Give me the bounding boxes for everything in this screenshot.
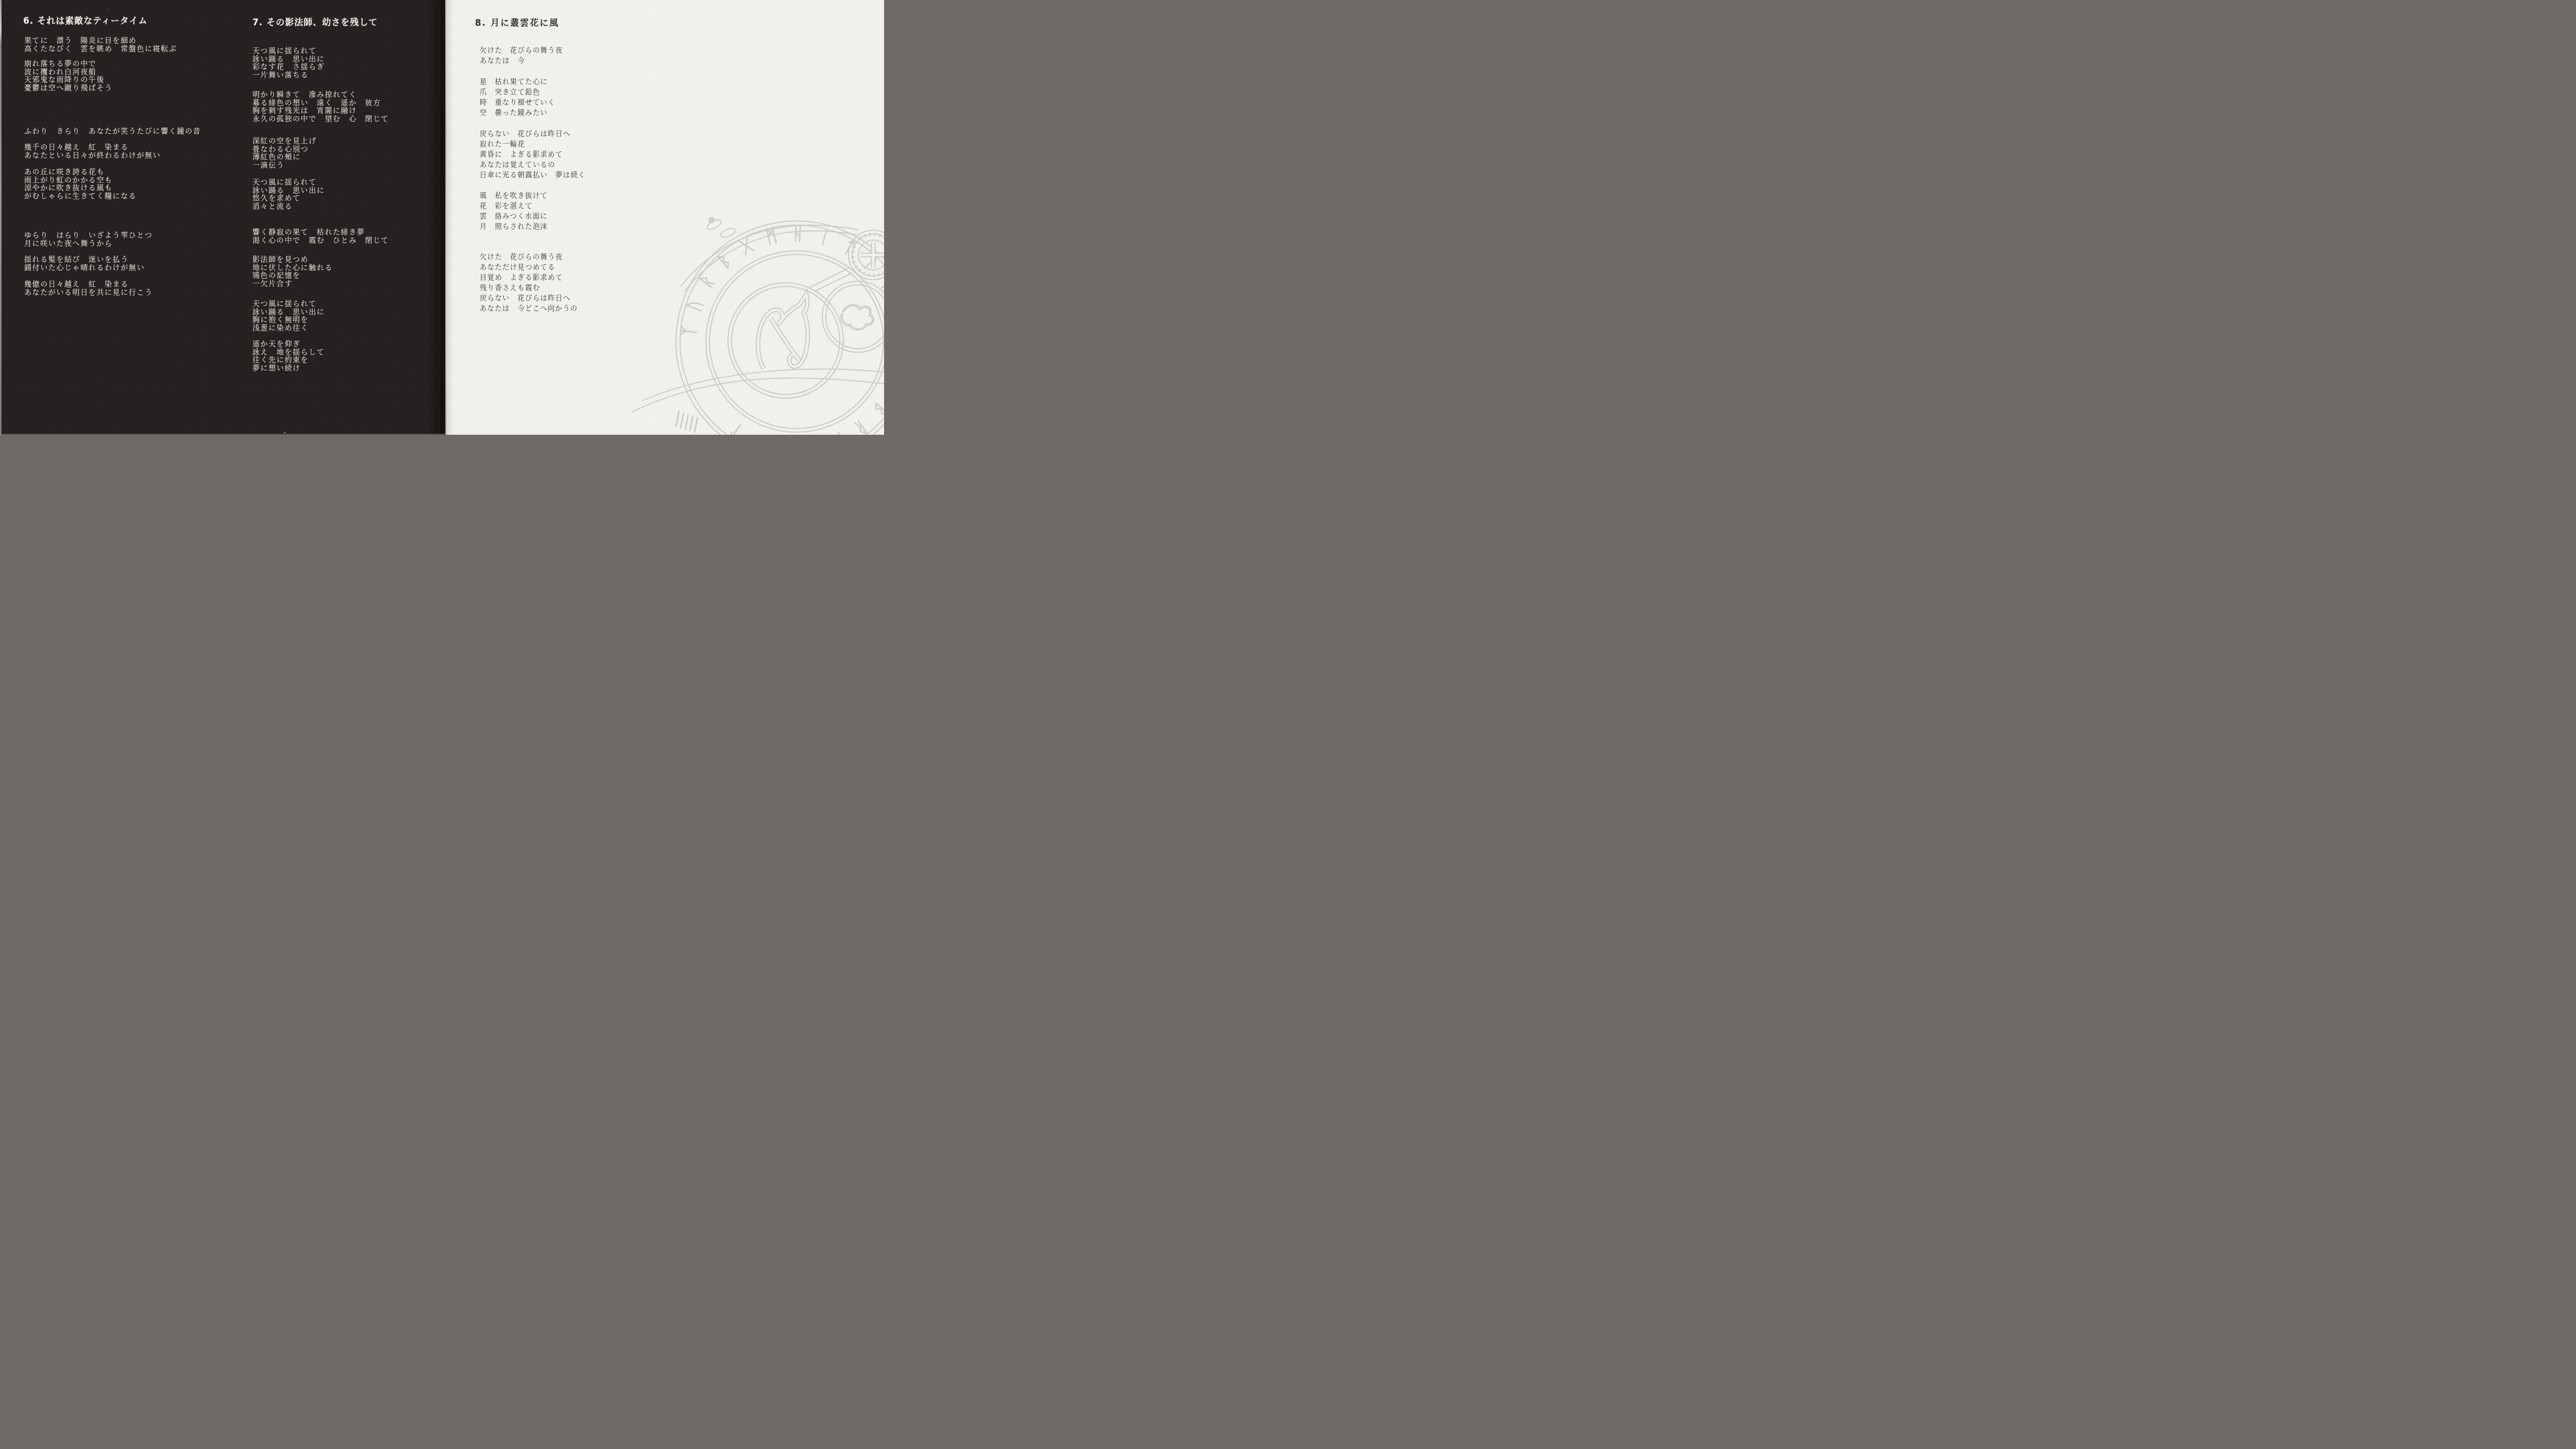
song-7-stanza-4: 天つ風に揺られて 詠い踊る 思い出に 悠久を求めて 滔々と流る — [252, 179, 325, 211]
spine-shadow — [429, 0, 446, 435]
song-6-stanza-3: ふわり きらり あなたが笑うたびに響く鐘の音 — [24, 128, 201, 136]
emblem-dot — [708, 217, 715, 223]
song-6-stanza-2: 崩れ落ちる夢の中で 波に攫われ白河夜船 天邪鬼な雨降りの午後 憂鬱は空へ蹴り飛ば… — [24, 60, 113, 92]
emblem-arc — [642, 369, 884, 401]
emblem-rune-band-ring-inner — [709, 254, 884, 429]
page-bottom-edge — [0, 434, 446, 435]
song-6-stanza-6: ゆらり はらり いざよう雫ひとつ 月に咲いた夜へ舞うから — [24, 232, 152, 248]
song-6-stanza-1: 果てに 漂う 陽炎に目を細め 高くたなびく 雲を眺め 常盤色に寝転ぶ — [24, 37, 177, 53]
scan-speck — [284, 432, 285, 433]
emblem-spoke — [810, 268, 852, 292]
spine-crease — [438, 0, 439, 435]
spine-crease — [434, 0, 435, 435]
emblem-arc — [632, 378, 884, 412]
song-7-stanza-2: 明かり瞬きて 滲み掠れてく 募る緋色の想い 遠く 遥か 彼方 胸を刺す残光は 宵… — [252, 91, 389, 123]
booklet-scan: 6. それは素敵なティータイム 果てに 漂う 陽炎に目を細め 高くたなびく 雲を… — [0, 0, 884, 435]
song-6-stanza-7: 揺れる髪を結び 迷いを払う 錆付いた心じゃ晴れるわけが無い — [24, 256, 145, 272]
scan-speck — [107, 9, 108, 10]
gutter-shadow — [446, 0, 453, 435]
emblem-blackletter-monogram — [758, 294, 808, 369]
emblem-side-seal — [822, 281, 884, 352]
song-7-stanza-3: 深紅の空を見上げ 畳なわる心別つ 薄紅色の頬に 一滴伝う — [252, 138, 317, 169]
song-8-stanza-1: 欠けた 花びらの舞う夜 あなたは 今 — [480, 45, 563, 66]
song-8-stanza-2: 星 枯れ果てた心に 爪 突き立て鉛色 時 重なり褪せていく 空 曇った鏡みたい — [480, 77, 555, 118]
emblem-tick-marks — [676, 411, 698, 433]
booklet-left-page: 6. それは素敵なティータイム 果てに 漂う 陽炎に目を細め 高くたなびく 雲を… — [0, 0, 446, 435]
song-6-stanza-4: 幾千の日々越え 紅 染まる あなたといる日々が終わるわけが無い — [24, 144, 161, 160]
page-spine-edge — [445, 0, 446, 435]
song-8-title: 8. 月に叢雲花に風 — [475, 18, 559, 28]
song-6-stanza-8: 幾億の日々越え 紅 染まる あなたがいる明日を共に見に行こう — [24, 281, 153, 297]
song-7-stanza-5: 響く静寂の果て 枯れた緋き夢 渇く心の中で 霞む ひとみ 閉じて — [252, 229, 389, 245]
song-7-stanza-7: 天つ風に揺られて 詠い踊る 思い出に 胸に抱く無明を 浅葱に染め往く — [252, 300, 325, 332]
song-8-stanza-5: 欠けた 花びらの舞う夜 あなただけ見つめてる 目覚め よぎる影求めて 残り香さえ… — [480, 252, 578, 314]
scan-edge-artifact — [0, 0, 2, 435]
song-6-stanza-5: あの丘に咲き誇る花も 雨上がり虹のかかる空も 涼やかに吹き抜ける風も がむしゃら… — [24, 168, 137, 200]
song-7-stanza-6: 影法師を見つめ 地に伏した心に触れる 鴇色の記憶を 一欠片合す — [252, 256, 333, 288]
song-7-stanza-8: 遥か天を仰ぎ 詠え 地を揺らして 往く先に約束を 夢に想い続け — [252, 340, 325, 372]
song-8-stanza-3: 戻らない 花びらは昨日へ 寂れた一輪花 黄昏に よぎる影求めて あなたは覚えてい… — [480, 129, 586, 180]
song-8-stanza-4: 風 私を吹き抜けて 花 彩を湛えて 雲 絡みつく水面に 月 照らされた泡沫 — [480, 191, 548, 232]
emblem-leaf — [720, 227, 737, 238]
song-7-title: 7. その影法師、幼さを残して — [252, 18, 378, 28]
emblem-rune-band-ring — [706, 251, 884, 432]
emblem-cursive-mark — [841, 305, 873, 329]
booklet-right-page: ᛉ ᚢ ᚱ ᛒ ᚷ ᛗ ᚺ ᛁ ᛏ ᛚ ᛁ ᛞ ᚠ ᚦ ᛋ ᛒ ᚱ ᚷ ᛗ ᚺ … — [446, 0, 884, 435]
song-6-title: 6. それは素敵なティータイム — [23, 16, 148, 26]
song-7-stanza-1: 天つ風に揺られて 詠い踊る 思い出に 彩なす花 さ揺らぎ 一片舞い落ちる — [252, 47, 325, 79]
